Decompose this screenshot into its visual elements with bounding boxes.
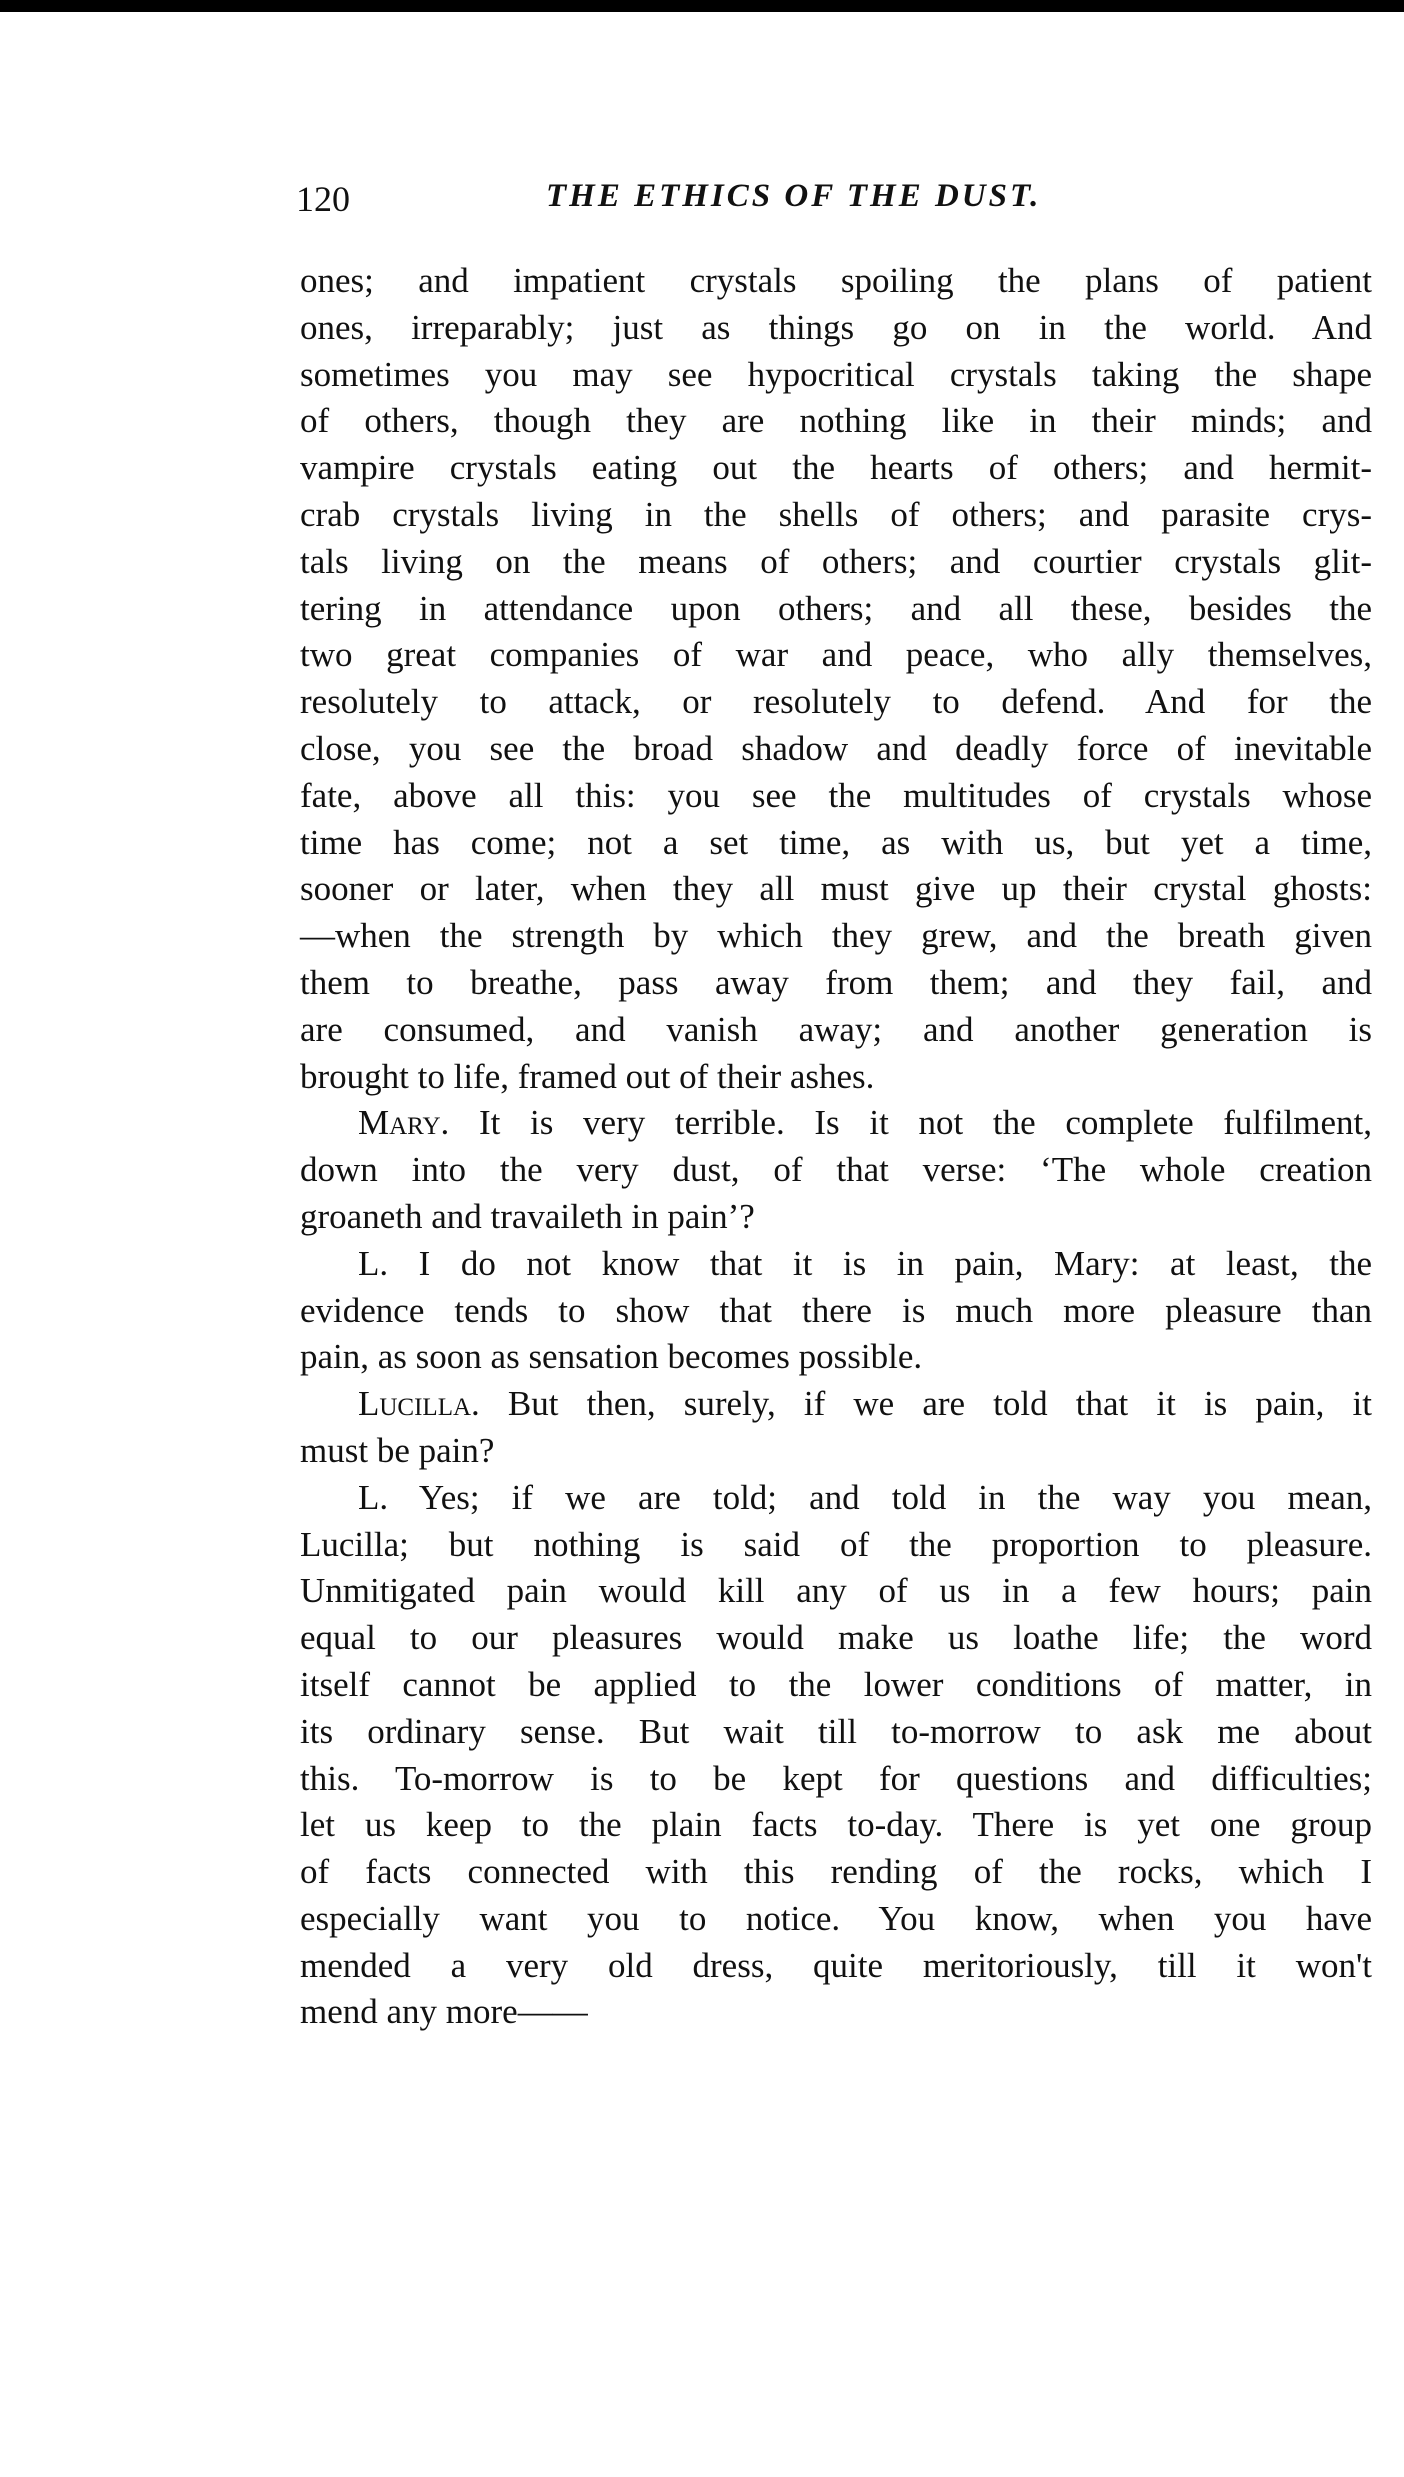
text-line: of facts connected with this rending of … bbox=[300, 1849, 1372, 1896]
speech-text: It is very terrible. Is it not the compl… bbox=[449, 1103, 1372, 1142]
paragraph: ones; and impatient crystals spoiling th… bbox=[300, 258, 1372, 1100]
speaker-name: L. bbox=[358, 1244, 388, 1283]
page-header: 120 THE ETHICS OF THE DUST. bbox=[296, 178, 1371, 228]
text-line: evidence tends to show that there is muc… bbox=[300, 1288, 1372, 1335]
text-line: mend any more—— bbox=[300, 1989, 1372, 2036]
text-line: L. I do not know that it is in pain, Mar… bbox=[300, 1241, 1372, 1288]
text-line: tering in attendance upon others; and al… bbox=[300, 586, 1372, 633]
text-line: Lucilla; but nothing is said of the prop… bbox=[300, 1522, 1372, 1569]
text-line: must be pain? bbox=[300, 1428, 1372, 1475]
speaker-name: Lucilla. bbox=[358, 1384, 480, 1423]
text-line: close, you see the broad shadow and dead… bbox=[300, 726, 1372, 773]
speech-text: But then, surely, if we are told that it… bbox=[480, 1384, 1372, 1423]
text-line: sooner or later, when they all must give… bbox=[300, 866, 1372, 913]
text-line: pain, as soon as sensation becomes possi… bbox=[300, 1334, 1372, 1381]
text-line: Lucilla. But then, surely, if we are tol… bbox=[300, 1381, 1372, 1428]
text-line: brought to life, framed out of their ash… bbox=[300, 1054, 1372, 1101]
paragraph-mary: Mary. It is very terrible. Is it not the… bbox=[300, 1100, 1372, 1240]
scan-top-border bbox=[0, 0, 1404, 12]
text-line: —when the strength by which they grew, a… bbox=[300, 913, 1372, 960]
text-line: time has come; not a set time, as with u… bbox=[300, 820, 1372, 867]
text-line: fate, above all this: you see the multit… bbox=[300, 773, 1372, 820]
text-line: this. To-morrow is to be kept for questi… bbox=[300, 1756, 1372, 1803]
text-line: resolutely to attack, or resolutely to d… bbox=[300, 679, 1372, 726]
text-line: of others, though they are nothing like … bbox=[300, 398, 1372, 445]
text-line: are consumed, and vanish away; and anoth… bbox=[300, 1007, 1372, 1054]
text-line: itself cannot be applied to the lower co… bbox=[300, 1662, 1372, 1709]
text-line: mended a very old dress, quite meritorio… bbox=[300, 1943, 1372, 1990]
text-line: down into the very dust, of that verse: … bbox=[300, 1147, 1372, 1194]
paragraph-l-2: L. Yes; if we are told; and told in the … bbox=[300, 1475, 1372, 2037]
text-line: two great companies of war and peace, wh… bbox=[300, 632, 1372, 679]
paragraph-lucilla: Lucilla. But then, surely, if we are tol… bbox=[300, 1381, 1372, 1475]
text-line: tals living on the means of others; and … bbox=[300, 539, 1372, 586]
text-line: ones; and impatient crystals spoiling th… bbox=[300, 258, 1372, 305]
text-line: vampire crystals eating out the hearts o… bbox=[300, 445, 1372, 492]
speech-text: I do not know that it is in pain, Mary: … bbox=[388, 1244, 1372, 1283]
text-line: equal to our pleasures would make us loa… bbox=[300, 1615, 1372, 1662]
page-body: ones; and impatient crystals spoiling th… bbox=[300, 258, 1372, 2036]
text-line: them to breathe, pass away from them; an… bbox=[300, 960, 1372, 1007]
text-line: ones, irreparably; just as things go on … bbox=[300, 305, 1372, 352]
text-line: especially want you to notice. You know,… bbox=[300, 1896, 1372, 1943]
text-line: its ordinary sense. But wait till to-mor… bbox=[300, 1709, 1372, 1756]
speaker-name: Mary. bbox=[358, 1103, 449, 1142]
text-line: groaneth and travaileth in pain’? bbox=[300, 1194, 1372, 1241]
text-line: Mary. It is very terrible. Is it not the… bbox=[300, 1100, 1372, 1147]
page-number: 120 bbox=[296, 178, 350, 220]
text-line: Unmitigated pain would kill any of us in… bbox=[300, 1568, 1372, 1615]
paragraph-l: L. I do not know that it is in pain, Mar… bbox=[300, 1241, 1372, 1381]
speech-text: Yes; if we are told; and told in the way… bbox=[388, 1478, 1372, 1517]
text-line: sometimes you may see hypocritical cryst… bbox=[300, 352, 1372, 399]
text-line: crab crystals living in the shells of ot… bbox=[300, 492, 1372, 539]
text-line: L. Yes; if we are told; and told in the … bbox=[300, 1475, 1372, 1522]
speaker-name: L. bbox=[358, 1478, 388, 1517]
text-line: let us keep to the plain facts to-day. T… bbox=[300, 1802, 1372, 1849]
running-title: THE ETHICS OF THE DUST. bbox=[546, 178, 1041, 215]
